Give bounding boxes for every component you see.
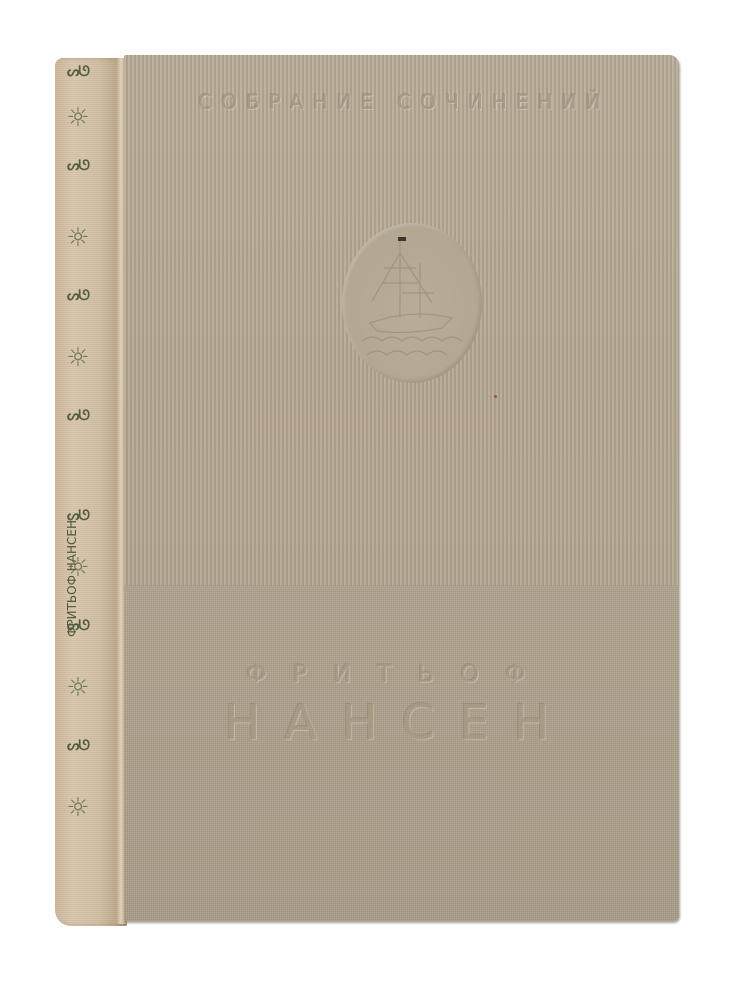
ship-medallion bbox=[342, 223, 482, 383]
series-title: СОБРАНИЕ СОЧИНЕНИЙ bbox=[164, 90, 644, 114]
sun-icon: ☼ bbox=[65, 668, 91, 708]
sun-icon: ☼ bbox=[65, 788, 91, 828]
sun-icon: ☼ bbox=[65, 98, 91, 138]
spine-ornament: ᔕᘎ bbox=[61, 508, 95, 524]
stain-speck bbox=[494, 395, 497, 398]
spine-ornament: ᔕᘎ bbox=[61, 618, 95, 634]
sun-icon: ☼ bbox=[65, 548, 91, 588]
book-front-cover: СОБРАНИЕ СОЧИНЕНИЙ bbox=[124, 55, 679, 921]
sailing-ship-icon bbox=[342, 223, 482, 383]
sun-icon: ☼ bbox=[65, 218, 91, 258]
author-last-name: НАНСЕН bbox=[174, 695, 624, 751]
spine-ornament: ᔕᘎ bbox=[61, 408, 95, 424]
spine-ornament: ᔕᘎ bbox=[61, 158, 95, 174]
author-first-name: ФРИТЬОФ bbox=[184, 660, 614, 688]
spine-author: ФРИТЬОФ НАНСЕН bbox=[65, 520, 105, 637]
spine-ornament: ᔕᘎ bbox=[61, 738, 95, 754]
book-photo: ᔕᘎ ☼ ᔕᘎ ☼ ᔕᘎ ☼ ᔕᘎ ФРИТЬОФ НАНСЕН ᔕᘎ ☼ ᔕᘎ… bbox=[0, 0, 741, 1000]
spine-ornament: ᔕᘎ bbox=[61, 64, 95, 80]
smooth-cover-panel bbox=[124, 585, 679, 921]
sun-icon: ☼ bbox=[65, 338, 91, 378]
spine-ornament: ᔕᘎ bbox=[61, 288, 95, 304]
ribbed-cover-panel: СОБРАНИЕ СОЧИНЕНИЙ bbox=[124, 55, 679, 585]
